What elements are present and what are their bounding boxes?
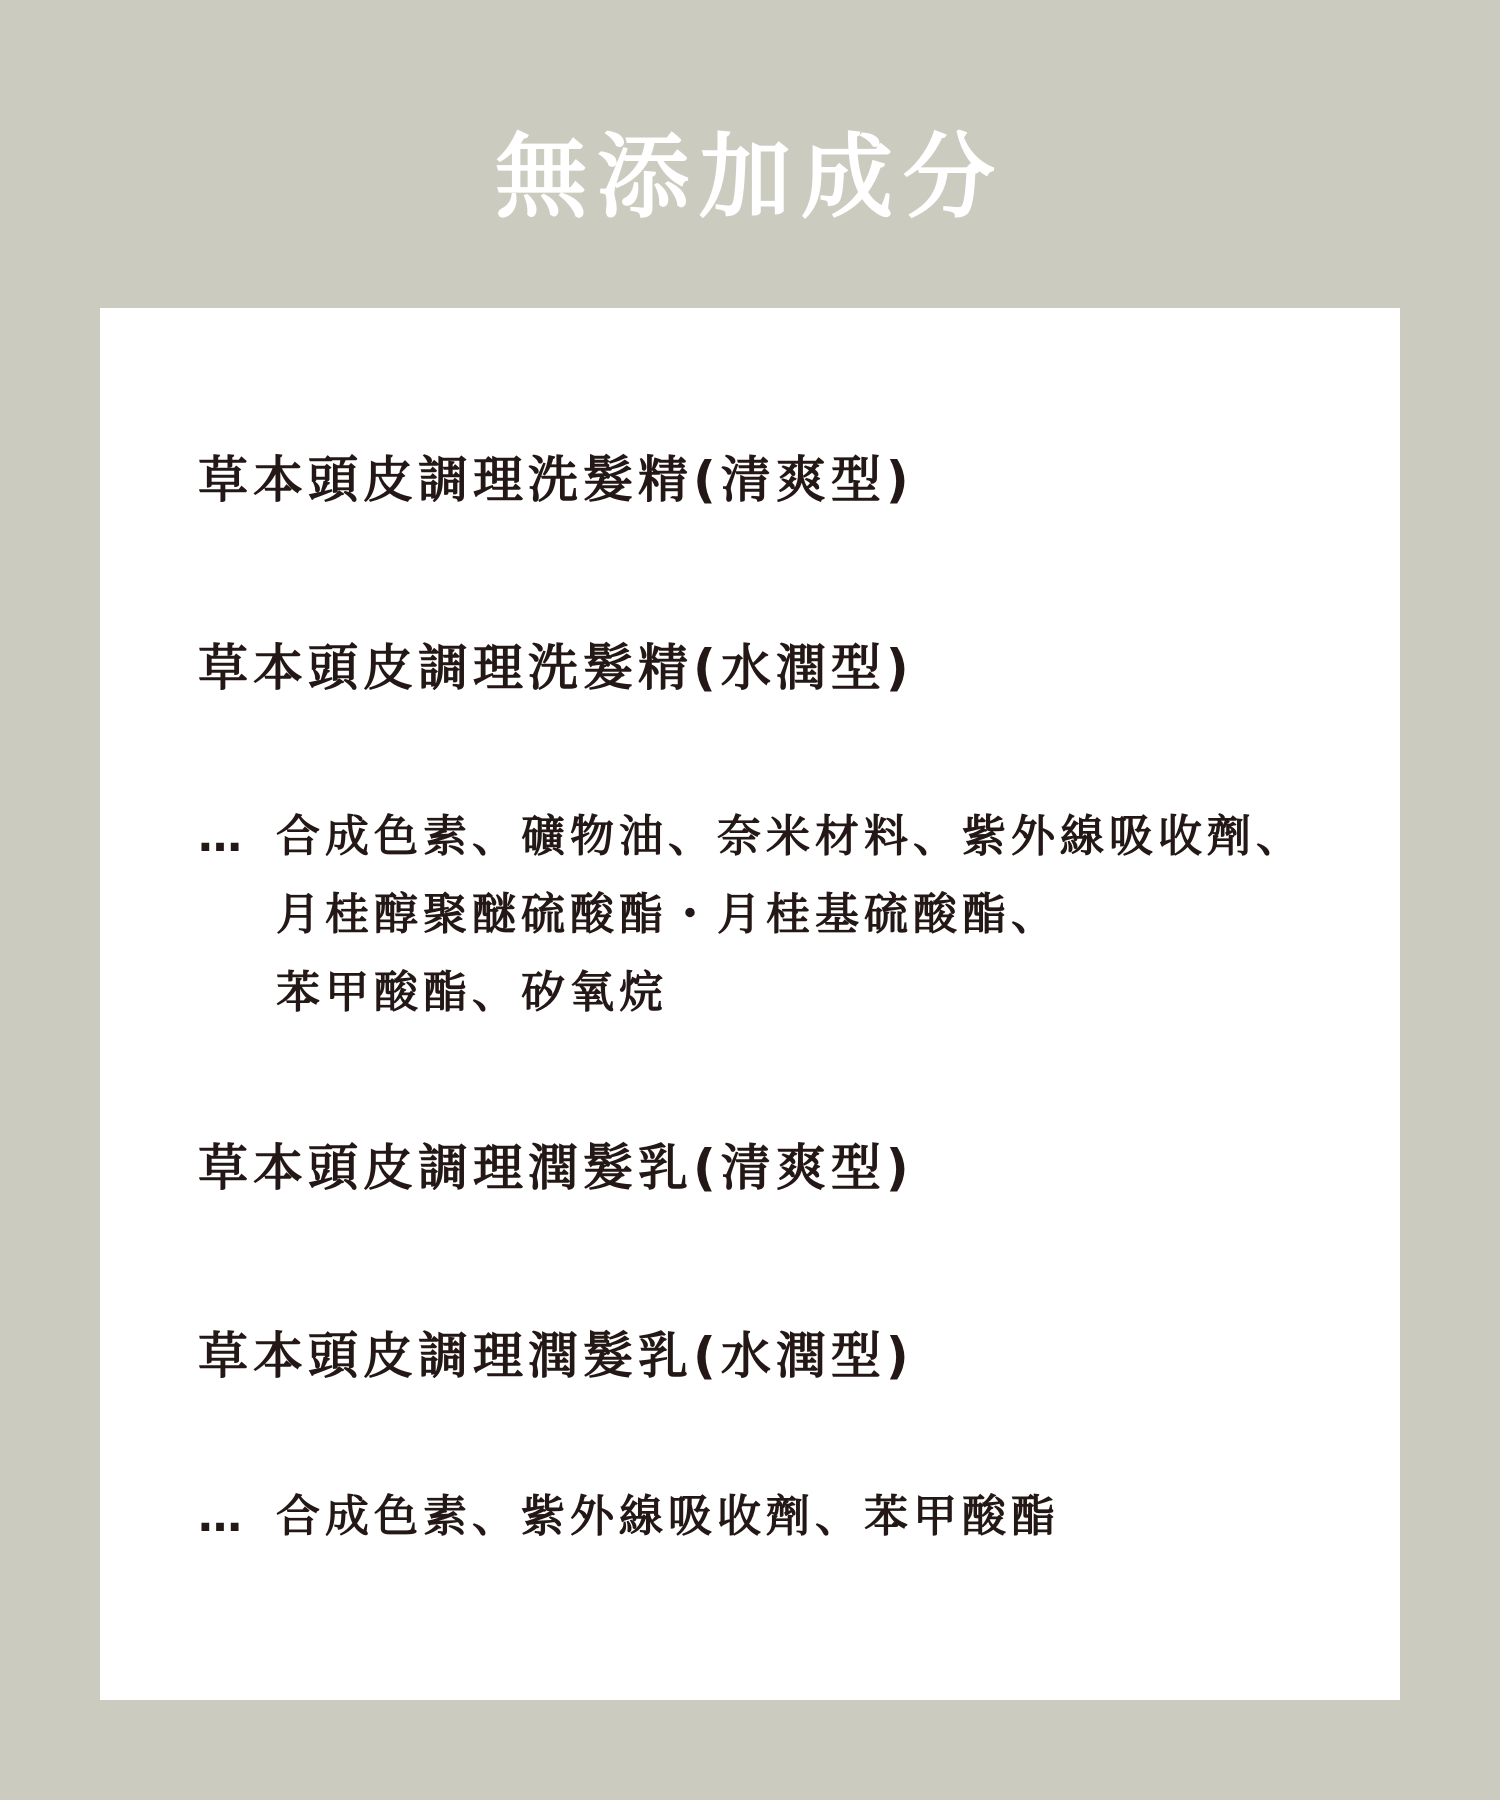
ingredient-line: 月桂醇聚醚硫酸酯・月桂基硫酸酯、 [276,876,1305,954]
ingredients-card: 草本頭皮調理洗髮精(清爽型) 草本頭皮調理洗髮精(水潤型) … 合成色素、礦物油… [100,308,1400,1700]
product-name-conditioner-moisturizing: 草本頭皮調理潤髮乳(水潤型) [198,1326,914,1386]
product-name-shampoo-moisturizing: 草本頭皮調理洗髮精(水潤型) [198,638,914,698]
page-title: 無添加成分 [0,118,1500,238]
product-name-conditioner-refreshing: 草本頭皮調理潤髮乳(清爽型) [198,1138,914,1198]
ingredient-line: 苯甲酸酯、矽氧烷 [276,954,1305,1032]
ellipsis-marker: … [198,1478,276,1556]
conditioner-free-ingredients: … 合成色素、紫外線吸收劑、苯甲酸酯 [198,1478,1060,1556]
ellipsis-marker: … [198,798,276,1032]
ingredient-line: 合成色素、礦物油、奈米材料、紫外線吸收劑、 [276,798,1305,876]
ingredient-line: 合成色素、紫外線吸收劑、苯甲酸酯 [276,1478,1060,1556]
shampoo-free-ingredients: … 合成色素、礦物油、奈米材料、紫外線吸收劑、 月桂醇聚醚硫酸酯・月桂基硫酸酯、… [198,798,1305,1032]
product-name-shampoo-refreshing: 草本頭皮調理洗髮精(清爽型) [198,450,914,510]
